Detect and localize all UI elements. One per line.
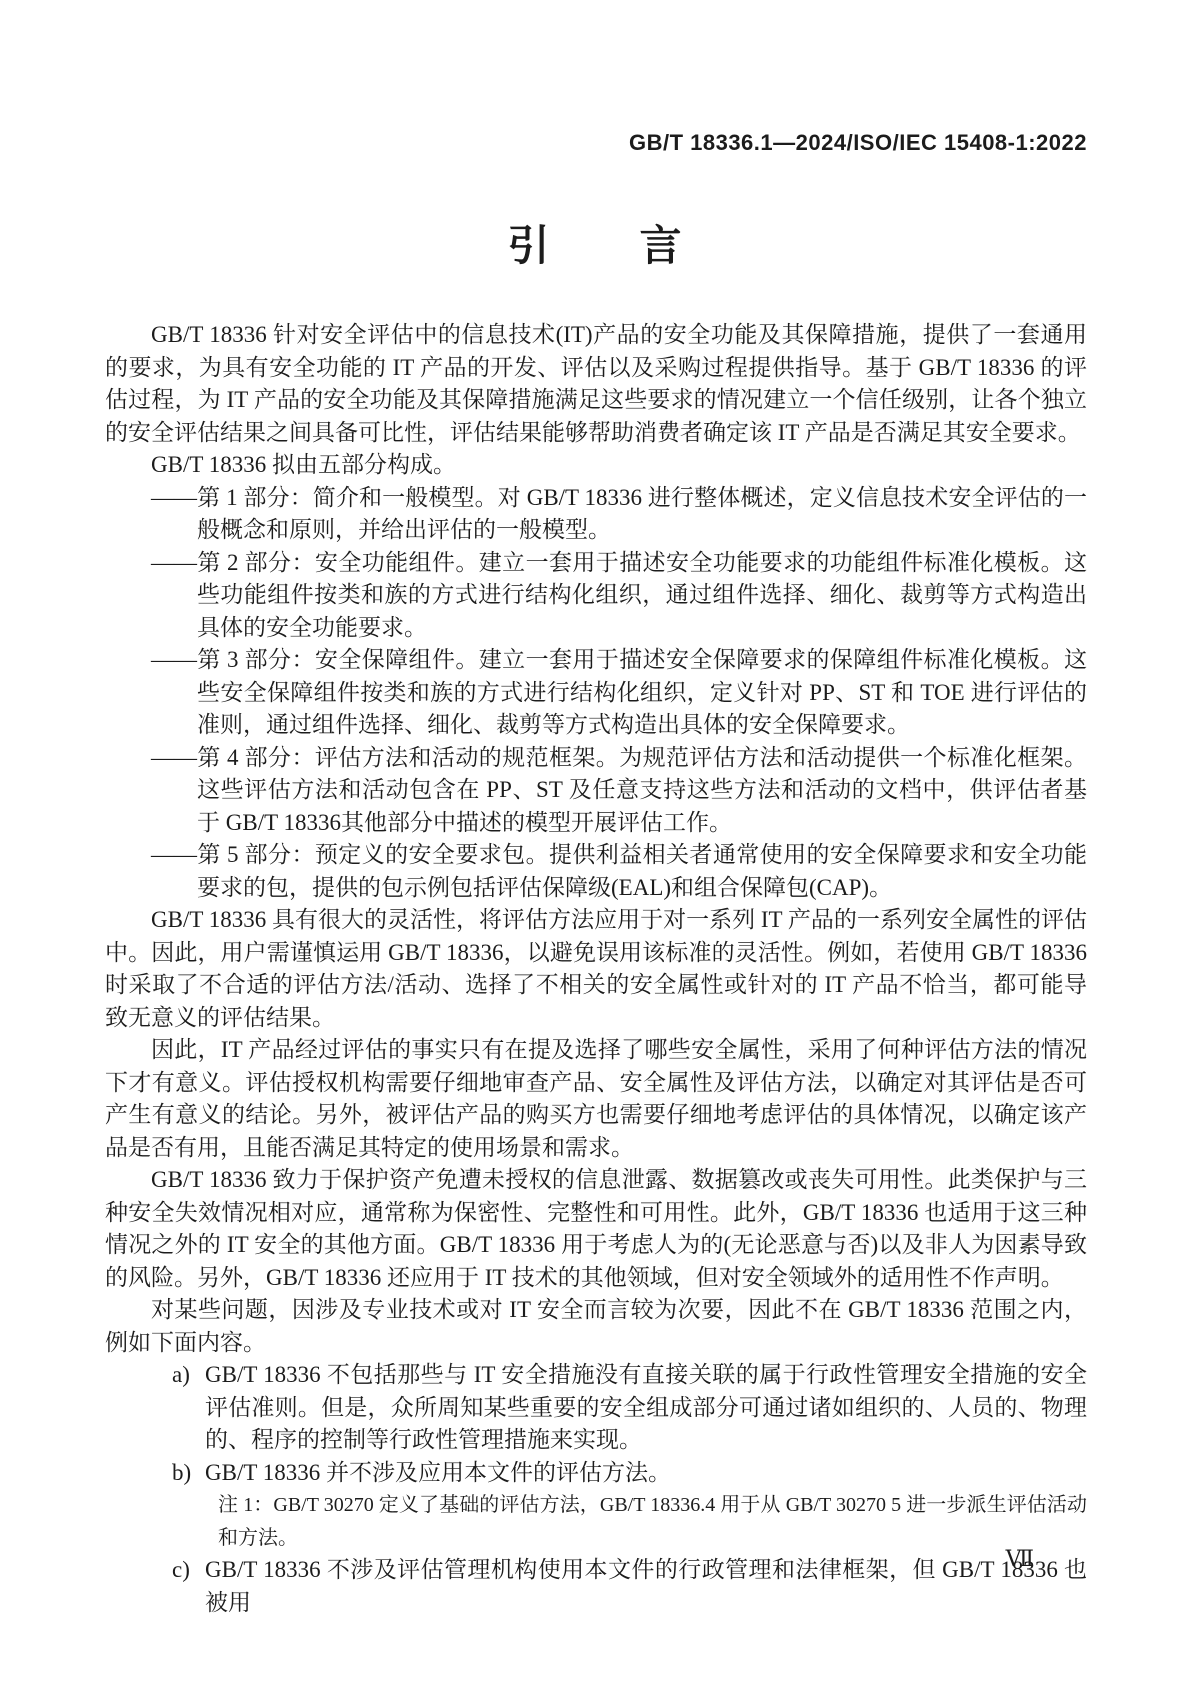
standard-number-header: GB/T 18336.1—2024/ISO/IEC 15408-1:2022	[105, 130, 1087, 156]
list-marker: c)	[172, 1554, 205, 1587]
lettered-list-item: c)GB/T 18336 不涉及评估管理机构使用本文件的行政管理和法律框架，但 …	[105, 1554, 1087, 1619]
page-title: 引 言	[0, 213, 1191, 273]
document-body: GB/T 18336 针对安全评估中的信息技术(IT)产品的安全功能及其保障措施…	[105, 319, 1087, 1619]
dash-list-item: ——第 1 部分：简介和一般模型。对 GB/T 18336 进行整体概述，定义信…	[105, 482, 1087, 547]
lettered-list-item: a)GB/T 18336 不包括那些与 IT 安全措施没有直接关联的属于行政性管…	[105, 1359, 1087, 1457]
dash-list-item: ——第 2 部分：安全功能组件。建立一套用于描述安全功能要求的功能组件标准化模板…	[105, 547, 1087, 645]
paragraph: GB/T 18336 具有很大的灵活性，将评估方法应用于对一系列 IT 产品的一…	[105, 904, 1087, 1034]
list-item-text: GB/T 18336 并不涉及应用本文件的评估方法。	[205, 1460, 671, 1485]
page-number: Ⅶ	[1006, 1546, 1034, 1572]
list-marker: a)	[172, 1359, 205, 1392]
dash-list-item: ——第 4 部分：评估方法和活动的规范框架。为规范评估方法和活动提供一个标准化框…	[105, 742, 1087, 840]
paragraph: 对某些问题，因涉及专业技术或对 IT 安全而言较为次要，因此不在 GB/T 18…	[105, 1294, 1087, 1359]
paragraph: GB/T 18336 拟由五部分构成。	[105, 449, 1087, 482]
dash-list-item: ——第 5 部分：预定义的安全要求包。提供利益相关者通常使用的安全保障要求和安全…	[105, 839, 1087, 904]
paragraph: GB/T 18336 致力于保护资产免遭未授权的信息泄露、数据篡改或丧失可用性。…	[105, 1164, 1087, 1294]
dash-list-item: ——第 3 部分：安全保障组件。建立一套用于描述安全保障要求的保障组件标准化模板…	[105, 644, 1087, 742]
document-page: GB/T 18336.1—2024/ISO/IEC 15408-1:2022 引…	[0, 0, 1191, 1685]
note: 注 1：GB/T 30270 定义了基础的评估方法，GB/T 18336.4 用…	[105, 1489, 1087, 1554]
list-item-text: GB/T 18336 不涉及评估管理机构使用本文件的行政管理和法律框架，但 GB…	[205, 1557, 1087, 1615]
list-marker: b)	[172, 1457, 205, 1490]
paragraph: 因此，IT 产品经过评估的事实只有在提及选择了哪些安全属性，采用了何种评估方法的…	[105, 1034, 1087, 1164]
list-item-text: GB/T 18336 不包括那些与 IT 安全措施没有直接关联的属于行政性管理安…	[205, 1362, 1087, 1452]
paragraph: GB/T 18336 针对安全评估中的信息技术(IT)产品的安全功能及其保障措施…	[105, 319, 1087, 449]
lettered-list-item: b)GB/T 18336 并不涉及应用本文件的评估方法。	[105, 1457, 1087, 1490]
